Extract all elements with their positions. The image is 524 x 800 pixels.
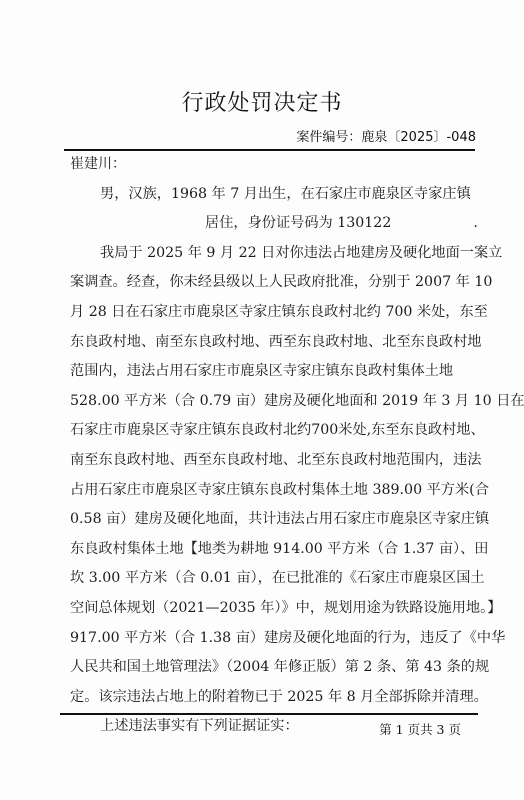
paragraph-line: 案调查。经查，你未经县级以上人民政府批准，分别于 2007 年 10 [70,268,470,298]
paragraph-line: 范围内，违法占用石家庄市鹿泉区寺家庄镇东良政村集体土地 [70,357,470,387]
paragraph-line: 917.00 平方米（合 1.38 亩）建房及硬化地面的行为，违反了《中华 [70,624,470,654]
paragraph-line: 石家庄市鹿泉区寺家庄镇东良政村北约700米处,东至东良政村地、 [70,416,470,446]
paragraph-line: 我局于 2025 年 9 月 22 日对你违法占地建房及硬化地面一案立 [70,239,470,269]
page-number: 第 1 页共 3 页 [379,720,461,738]
paragraph-line: 0.58 亩）建房及硬化地面，共计违法占用石家庄市鹿泉区寺家庄镇 [70,505,470,535]
paragraph-line: 占用石家庄市鹿泉区寺家庄镇东良政村集体土地 389.00 平方米(合 [70,476,470,506]
document-body: 崔建川： 男，汉族，1968 年 7 月出生，在石家庄市鹿泉区寺家庄镇 居住，身… [70,150,470,742]
paragraph-line: 坎 3.00 平方米（合 0.01 亩），在已批准的《石家庄市鹿泉区国土 [70,564,470,594]
paragraph-line: 人民共和国土地管理法》（2004 年修正版）第 2 条、第 43 条的规 [70,653,470,683]
paragraph-line: 男，汉族，1968 年 7 月出生，在石家庄市鹿泉区寺家庄镇 [70,180,470,210]
id-line: 居住，身份证号码为 130122. [70,209,470,239]
paragraph-line: 东良政村地、南至东良政村地、西至东良政村地、北至东良政村地 [70,328,470,358]
id-text: 居住，身份证号码为 130122 [205,215,391,231]
document-page: 行政处罚决定书 案件编号：鹿泉〔2025〕-048 崔建川： 男，汉族，1968… [0,0,524,800]
paragraph-line: 空间总体规划（2021—2035 年）》中，规划用途为铁路设施用地。】 [70,594,470,624]
addressee: 崔建川： [70,150,470,180]
paragraph-line: 东良政村集体土地【地类为耕地 914.00 平方米（合 1.37 亩）、田 [70,535,470,565]
footer-divider [60,713,478,715]
paragraph-line: 月 28 日在石家庄市鹿泉区寺家庄镇东良政村北约 700 米处，东至 [70,298,470,328]
paragraph-line: 南至东良政村地、西至东良政村地、北至东良政村地范围内，违法 [70,446,470,476]
document-title: 行政处罚决定书 [0,86,524,117]
paragraph-line: 定。该宗违法占地上的附着物已于 2025 年 8 月全部拆除并清理。 [70,683,470,713]
paragraph-line: 528.00 平方米（合 0.79 亩）建房及硬化地面和 2019 年 3 月 … [70,387,470,417]
case-number: 案件编号：鹿泉〔2025〕-048 [296,126,476,145]
redacted-period: . [473,209,478,239]
